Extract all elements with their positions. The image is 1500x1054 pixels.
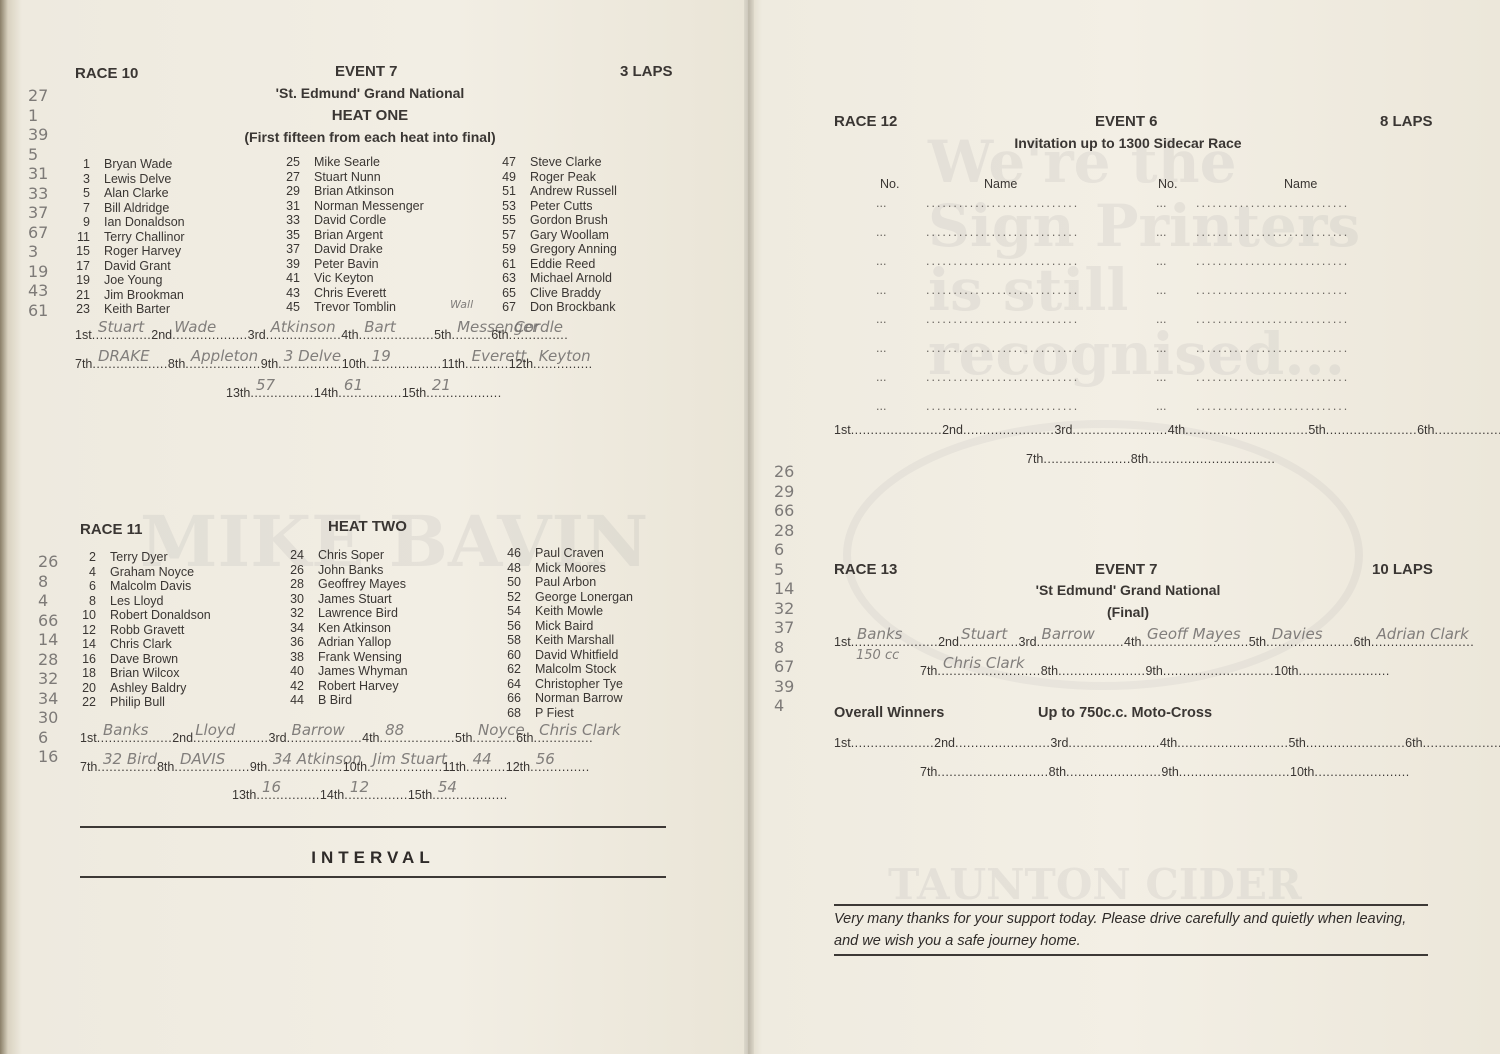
result-slot[interactable]: 13th................57 [226, 386, 314, 400]
position-label: 6th [1405, 736, 1422, 750]
entry-row: 47Steve Clarke [490, 155, 617, 170]
blank-number[interactable]: ... [876, 283, 926, 297]
margin-note: 43 [28, 281, 48, 301]
rider-name: Bryan Wade [104, 157, 172, 171]
margin-note: 39 [774, 677, 794, 697]
blank-name[interactable]: ............................ [926, 341, 1156, 355]
result-blank-line[interactable]: ........................ [955, 736, 1050, 750]
entry-row: 39Peter Bavin [274, 257, 424, 272]
position-label: 3rd [1054, 423, 1072, 437]
result-blank-line[interactable]: ............................ [1177, 736, 1288, 750]
entry-row: 44B Bird [278, 693, 408, 708]
blank-number[interactable]: ... [876, 196, 926, 210]
margin-note: 8 [774, 638, 794, 658]
margin-note: 14 [774, 579, 794, 599]
blank-name[interactable]: ............................ [1196, 399, 1349, 413]
position-label: 15th [408, 788, 432, 802]
result-blank-line[interactable]: ............................ [1179, 765, 1290, 779]
margin-note: 67 [28, 223, 48, 243]
entry-row: 61Eddie Reed [490, 257, 617, 272]
result-slot[interactable]: 6th...............Chris Clark [516, 731, 593, 745]
rider-name: Terry Challinor [104, 230, 185, 244]
race12-laps: 8 LAPS [1380, 113, 1433, 130]
entry-row: 19Joe Young [64, 273, 185, 288]
margin-note: 33 [28, 184, 48, 204]
result-slot[interactable]: 2nd........................ [934, 736, 1050, 750]
entry-row: 18Brian Wilcox [70, 666, 211, 681]
race10-title: 'St. Edmund' Grand National [200, 85, 540, 101]
race12-results-row-1: 1st.......................2nd...........… [834, 423, 1500, 437]
blank-name[interactable]: ............................ [1196, 225, 1349, 239]
result-slot[interactable]: 4th...................Bart [341, 328, 434, 342]
entry-row: 36Adrian Yallop [278, 635, 408, 650]
result-blank-line[interactable]: ............................... [1185, 423, 1308, 437]
entry-row: 28Geoffrey Mayes [278, 577, 408, 592]
result-slot[interactable]: 8th........................ [1049, 765, 1162, 779]
race13-margin-notes: 2629662865143237867394 [774, 462, 794, 716]
rider-number: 36 [278, 635, 304, 650]
entry-row: 49Roger Peak [490, 170, 617, 185]
position-label: 9th [1161, 765, 1178, 779]
result-slot[interactable]: 8th...................Appleton [168, 357, 261, 371]
race13-title: 'St Edmund' Grand National [948, 582, 1308, 598]
race12-blank-entry-row[interactable]: ........................................… [876, 225, 1349, 254]
handwritten-result: DAVIS [180, 750, 225, 768]
entry-row: 8Les Lloyd [70, 594, 211, 609]
result-slot[interactable]: 4th...................88 [362, 731, 455, 745]
margin-note: 28 [774, 521, 794, 541]
rider-number: 31 [274, 199, 300, 214]
rider-number: 66 [495, 691, 521, 706]
handwritten-result: DRAKE [98, 347, 150, 365]
race10-number: RACE 10 [75, 65, 138, 82]
result-slot[interactable]: 7th...............32 Bird [80, 760, 157, 774]
position-label: 5th [1249, 635, 1266, 649]
result-slot[interactable]: 5th......................... [1288, 736, 1405, 750]
rider-number: 9 [64, 215, 90, 230]
result-blank-line[interactable]: ............................ [937, 765, 1048, 779]
result-slot[interactable]: 3rd......................Barrow [1019, 635, 1124, 649]
rider-name: Mick Baird [535, 619, 593, 633]
result-slot[interactable]: 8th...................... [1041, 664, 1146, 678]
result-slot[interactable]: 5th....................... [1308, 423, 1417, 437]
rider-number: 35 [274, 228, 300, 243]
margin-note: 31 [28, 164, 48, 184]
rider-name: Gary Woollam [530, 228, 609, 242]
position-label: 15th [402, 386, 426, 400]
margin-note: 4 [38, 591, 58, 611]
race13-number: RACE 13 [834, 561, 897, 578]
blank-number[interactable]: ... [1156, 312, 1196, 326]
rider-name: Lewis Delve [104, 172, 171, 186]
blank-number[interactable]: ... [1156, 283, 1196, 297]
result-slot[interactable]: 15th...................54 [408, 788, 508, 802]
entry-row: 34Ken Atkinson [278, 621, 408, 636]
result-slot[interactable]: 3rd...................Atkinson [248, 328, 342, 342]
rider-name: Geoffrey Mayes [318, 577, 406, 591]
entry-row: 66Norman Barrow [495, 691, 633, 706]
blank-name[interactable]: ............................ [926, 196, 1156, 210]
blank-name[interactable]: ............................ [926, 312, 1156, 326]
blank-number[interactable]: ... [1156, 225, 1196, 239]
entry-row: 11Terry Challinor [64, 230, 185, 245]
result-slot[interactable]: 14th................61 [314, 386, 402, 400]
blank-name[interactable]: ............................ [1196, 196, 1349, 210]
blank-number[interactable]: ... [876, 312, 926, 326]
result-slot[interactable]: 2nd...................Wade [151, 328, 247, 342]
blank-name[interactable]: ............................ [926, 254, 1156, 268]
result-slot[interactable]: 1st...............Stuart [75, 328, 151, 342]
rider-name: Adrian Yallop [318, 635, 391, 649]
race12-blank-entry-row[interactable]: ........................................… [876, 283, 1349, 312]
position-label: 2nd [942, 423, 963, 437]
handwritten-result: Banks [857, 625, 903, 643]
result-slot[interactable]: 4th...........................Geoff Maye… [1124, 635, 1249, 649]
entry-row: 4Graham Noyce [70, 565, 211, 580]
blank-number[interactable]: ... [876, 370, 926, 384]
result-slot[interactable]: 3rd....................... [1050, 736, 1159, 750]
entry-row: 54Keith Mowle [495, 604, 633, 619]
rider-number: 43 [274, 286, 300, 301]
rider-number: 14 [70, 637, 96, 652]
blank-number[interactable]: ... [1156, 254, 1196, 268]
col-header-name-2: Name [1284, 177, 1317, 191]
entry-row: 14Chris Clark [70, 637, 211, 652]
entry-row: 45Trevor Tomblin [274, 300, 424, 315]
result-slot[interactable]: 2nd....................... [942, 423, 1054, 437]
rider-name: Norman Barrow [535, 691, 623, 705]
race12-blank-entry-row[interactable]: ........................................… [876, 370, 1349, 399]
result-slot[interactable]: 1st...................Banks [80, 731, 172, 745]
position-label: 1st [834, 635, 851, 649]
blank-name[interactable]: ............................ [926, 225, 1156, 239]
blank-name[interactable]: ............................ [1196, 312, 1349, 326]
rider-number: 5 [64, 186, 90, 201]
margin-note: 26 [38, 552, 58, 572]
result-blank-line[interactable]: ....................... [851, 423, 942, 437]
result-slot[interactable]: 13th................16 [232, 788, 320, 802]
rider-number: 38 [278, 650, 304, 665]
margin-note: 1 [28, 106, 48, 126]
entry-row: 35Brian Argent [274, 228, 424, 243]
rider-name: Paul Arbon [535, 575, 596, 589]
result-blank-line[interactable]: ........................ [1314, 765, 1409, 779]
result-slot[interactable]: 4th............................ [1160, 736, 1289, 750]
result-slot[interactable]: 6th.................... [1417, 423, 1500, 437]
blank-name[interactable]: ............................ [926, 283, 1156, 297]
result-slot[interactable]: 14th................12 [320, 788, 408, 802]
blank-number[interactable]: ... [1156, 196, 1196, 210]
rider-name: David Grant [104, 259, 171, 273]
result-slot[interactable]: 15th...................21 [402, 386, 502, 400]
result-slot[interactable]: 2nd...............Stuart [938, 635, 1018, 649]
result-blank-line[interactable]: ....................... [963, 423, 1054, 437]
result-slot[interactable]: 8th...................DAVIS [157, 760, 250, 774]
col-header-no-1: No. [880, 177, 899, 191]
blank-name[interactable]: ............................ [1196, 370, 1349, 384]
rider-name: Ian Donaldson [104, 215, 185, 229]
entry-row: 29Brian Atkinson [274, 184, 424, 199]
race10-event: EVENT 7 [335, 63, 398, 80]
result-slot[interactable]: 5th...........Noyce [455, 731, 516, 745]
blank-number[interactable]: ... [1156, 370, 1196, 384]
race12-blank-entry-row[interactable]: ........................................… [876, 254, 1349, 283]
margin-note: 39 [28, 125, 48, 145]
entry-row: 3Lewis Delve [64, 172, 185, 187]
result-blank-line[interactable]: ..................... [851, 736, 934, 750]
result-slot[interactable]: 10th....................... [1274, 664, 1390, 678]
rider-number: 67 [490, 300, 516, 315]
result-blank-line[interactable]: .................... [1435, 423, 1500, 437]
position-label: 3rd [1050, 736, 1068, 750]
rider-name: James Whyman [318, 664, 408, 678]
divider-top [80, 826, 666, 828]
rider-number: 61 [490, 257, 516, 272]
result-slot[interactable]: 10th...................Jim Stuart [343, 760, 443, 774]
position-label: 2nd [151, 328, 172, 342]
handwritten-result: 19 [372, 347, 391, 365]
race11-entry-column-3: 46Paul Craven48Mick Moores50Paul Arbon52… [495, 546, 633, 720]
rider-number: 59 [490, 242, 516, 257]
race10-entry-column-2: 25Mike Searle27Stuart Nunn29Brian Atkins… [274, 155, 424, 315]
rider-name: Joe Young [104, 273, 162, 287]
rider-name: Roger Peak [530, 170, 596, 184]
rider-number: 37 [274, 242, 300, 257]
result-slot[interactable]: 7th...................... [1026, 452, 1131, 466]
entry-row: 40James Whyman [278, 664, 408, 679]
blank-name[interactable]: ............................ [1196, 341, 1349, 355]
overall-winners-label: Overall Winners [834, 705, 944, 721]
rider-name: Bill Aldridge [104, 201, 169, 215]
margin-note: 66 [774, 501, 794, 521]
blank-name[interactable]: ............................ [1196, 283, 1349, 297]
margin-note: 14 [38, 630, 58, 650]
result-slot[interactable]: 9th............................ [1161, 765, 1290, 779]
rider-name: David Cordle [314, 213, 386, 227]
handwritten-result: 3 Delve [284, 347, 341, 365]
rider-name: P Fiest [535, 706, 574, 720]
race13-results-row-2: 7th..........................Chris Clark… [920, 664, 1390, 678]
margin-note: 67 [774, 657, 794, 677]
entry-row: 32Lawrence Bird [278, 606, 408, 621]
col-header-name-1: Name [984, 177, 1017, 191]
race10-heat: HEAT ONE [200, 107, 540, 124]
result-blank-line[interactable]: ........................ [1066, 765, 1161, 779]
handwritten-result: Banks [103, 721, 149, 739]
result-slot[interactable]: 11th..........44 [443, 760, 506, 774]
position-label: 4th [341, 328, 358, 342]
race11-results-row-1: 1st...................Banks2nd..........… [80, 731, 593, 745]
result-blank-line[interactable]: ....................... [1068, 736, 1159, 750]
position-label: 1st [80, 731, 97, 745]
result-slot[interactable]: 12th...............56 [506, 760, 590, 774]
rider-name: Paul Craven [535, 546, 604, 560]
rider-name: Clive Braddy [530, 286, 601, 300]
blank-number[interactable]: ... [1156, 399, 1196, 413]
rider-name: Keith Mowle [535, 604, 603, 618]
blank-number[interactable]: ... [876, 254, 926, 268]
result-slot[interactable]: 11th...........Everett [442, 357, 509, 371]
race11-entry-column-2: 24Chris Soper26John Banks28Geoffrey Maye… [278, 548, 408, 708]
rider-number: 46 [495, 546, 521, 561]
entry-row: 53Peter Cutts [490, 199, 617, 214]
entry-row: 17David Grant [64, 259, 185, 274]
position-label: 4th [1124, 635, 1141, 649]
result-slot[interactable]: 8th................................ [1131, 452, 1276, 466]
entry-row: 55Gordon Brush [490, 213, 617, 228]
position-label: 13th [232, 788, 256, 802]
result-blank-line[interactable]: ...................... [1058, 664, 1145, 678]
rider-name: Chris Everett [314, 286, 386, 300]
handwritten-result: Stuart [98, 318, 144, 336]
result-blank-line[interactable]: ................................ [1148, 452, 1275, 466]
blank-name[interactable]: ............................ [926, 399, 1156, 413]
result-slot[interactable]: 5th......................Davies [1249, 635, 1354, 649]
result-slot[interactable]: 5th..........Messenger [434, 328, 491, 342]
result-blank-line[interactable]: ........................ [1072, 423, 1167, 437]
position-label: 4th [1168, 423, 1185, 437]
race12-event: EVENT 6 [1095, 113, 1158, 130]
position-label: 7th [920, 765, 937, 779]
rider-number: 12 [70, 623, 96, 638]
rider-name: B Bird [318, 693, 352, 707]
handwritten-result: 56 [536, 750, 555, 768]
position-label: 6th [516, 731, 533, 745]
result-blank-line[interactable]: ......................... [1306, 736, 1405, 750]
position-label: 14th [314, 386, 338, 400]
rider-number: 60 [495, 648, 521, 663]
rider-number: 63 [490, 271, 516, 286]
margin-note: 27 [28, 86, 48, 106]
result-slot[interactable]: 7th............................ [920, 765, 1049, 779]
handwritten-result: 61 [344, 376, 363, 394]
result-blank-line[interactable]: ....................... [1326, 423, 1417, 437]
rider-number: 53 [490, 199, 516, 214]
rider-number: 64 [495, 677, 521, 692]
entry-row: 2Terry Dyer [70, 550, 211, 565]
margin-note: 29 [774, 482, 794, 502]
entry-row: 6Malcolm Davis [70, 579, 211, 594]
race12-entry-blanks: ........................................… [876, 196, 1349, 428]
entry-row: 25Mike Searle [274, 155, 424, 170]
position-label: 9th [250, 760, 267, 774]
margin-note: 34 [38, 689, 58, 709]
entry-row: 38Frank Wensing [278, 650, 408, 665]
handwritten-result: Barrow [292, 721, 345, 739]
blank-number[interactable]: ... [876, 399, 926, 413]
race13-subtitle: (Final) [948, 604, 1308, 620]
rider-name: Peter Cutts [530, 199, 593, 213]
result-slot[interactable]: 7th..........................Chris Clark [920, 664, 1041, 678]
rider-number: 57 [490, 228, 516, 243]
result-slot[interactable]: 7th...................DRAKE [75, 357, 168, 371]
race11-results-row-3: 13th................1614th..............… [232, 788, 508, 802]
race12-blank-entry-row[interactable]: ........................................… [876, 196, 1349, 225]
rider-name: Steve Clarke [530, 155, 602, 169]
result-slot[interactable]: 2nd...................Lloyd [172, 731, 268, 745]
result-blank-line[interactable]: ............................ [1163, 664, 1274, 678]
entry-row: 1Bryan Wade [64, 157, 185, 172]
result-slot[interactable]: 12th...............Keyton [509, 357, 593, 371]
rider-number: 3 [64, 172, 90, 187]
rider-name: Peter Bavin [314, 257, 379, 271]
handwritten-result: Bart [364, 318, 396, 336]
rider-number: 30 [278, 592, 304, 607]
thanks-message: Very many thanks for your support today.… [834, 908, 1434, 952]
rider-name: John Banks [318, 563, 383, 577]
blank-number[interactable]: ... [1156, 341, 1196, 355]
race12-blank-entry-row[interactable]: ........................................… [876, 312, 1349, 341]
blank-name[interactable]: ............................ [926, 370, 1156, 384]
result-slot[interactable]: 1st..................... [834, 736, 934, 750]
result-slot[interactable]: 6th..........................Adrian Clar… [1354, 635, 1475, 649]
rider-number: 58 [495, 633, 521, 648]
result-slot[interactable]: 4th............................... [1168, 423, 1309, 437]
result-blank-line[interactable]: ....................... [1298, 664, 1389, 678]
position-label: 11th [442, 357, 465, 371]
margin-note: 37 [28, 203, 48, 223]
blank-number[interactable]: ... [876, 225, 926, 239]
result-blank-line[interactable]: ...................... [1043, 452, 1130, 466]
entry-row: 63Michael Arnold [490, 271, 617, 286]
result-slot[interactable]: 1st....................... [834, 423, 942, 437]
rider-number: 39 [274, 257, 300, 272]
margin-note: 19 [28, 262, 48, 282]
result-slot[interactable]: 10th...................19 [342, 357, 442, 371]
entry-row: 48Mick Moores [495, 561, 633, 576]
result-slot[interactable]: 9th...................34 Atkinson [250, 760, 343, 774]
entry-row: 24Chris Soper [278, 548, 408, 563]
handwritten-result: 57 [256, 376, 275, 394]
result-slot[interactable]: 10th........................ [1290, 765, 1410, 779]
race12-blank-entry-row[interactable]: ........................................… [876, 341, 1349, 370]
rider-number: 50 [495, 575, 521, 590]
result-slot[interactable]: 1st......................Banks [834, 635, 938, 649]
rider-number: 11 [64, 230, 90, 245]
rider-name: Gordon Brush [530, 213, 608, 227]
result-slot[interactable]: 6th....................... [1405, 736, 1500, 750]
result-blank-line[interactable]: ....................... [1423, 736, 1500, 750]
result-slot[interactable]: 9th............................ [1145, 664, 1274, 678]
blank-name[interactable]: ............................ [1196, 254, 1349, 268]
blank-number[interactable]: ... [876, 341, 926, 355]
overall-results-row-2: 7th............................8th......… [920, 765, 1410, 779]
rider-name: Brian Atkinson [314, 184, 394, 198]
result-slot[interactable]: 6th...............Cordle [491, 328, 568, 342]
rider-number: 65 [490, 286, 516, 301]
position-label: 8th [1041, 664, 1058, 678]
rider-name: Philip Bull [110, 695, 165, 709]
handwritten-result: 54 [438, 778, 457, 796]
rider-number: 16 [70, 652, 96, 667]
result-slot[interactable]: 9th................3 Delve [261, 357, 342, 371]
rider-name: Gregory Anning [530, 242, 617, 256]
margin-note: 5 [774, 560, 794, 580]
result-slot[interactable]: 3rd...................Barrow [269, 731, 363, 745]
handwritten-result: Lloyd [195, 721, 235, 739]
entry-row: 33David Cordle [274, 213, 424, 228]
position-label: 7th [920, 664, 937, 678]
margin-note: 66 [38, 611, 58, 631]
rider-name: George Lonergan [535, 590, 633, 604]
entry-row: 51Andrew Russell [490, 184, 617, 199]
margin-note: 3 [28, 242, 48, 262]
position-label: 13th [226, 386, 250, 400]
handwritten-result: Chris Clark [943, 654, 1025, 672]
position-label: 6th [1354, 635, 1371, 649]
rider-number: 29 [274, 184, 300, 199]
result-slot[interactable]: 3rd........................ [1054, 423, 1167, 437]
